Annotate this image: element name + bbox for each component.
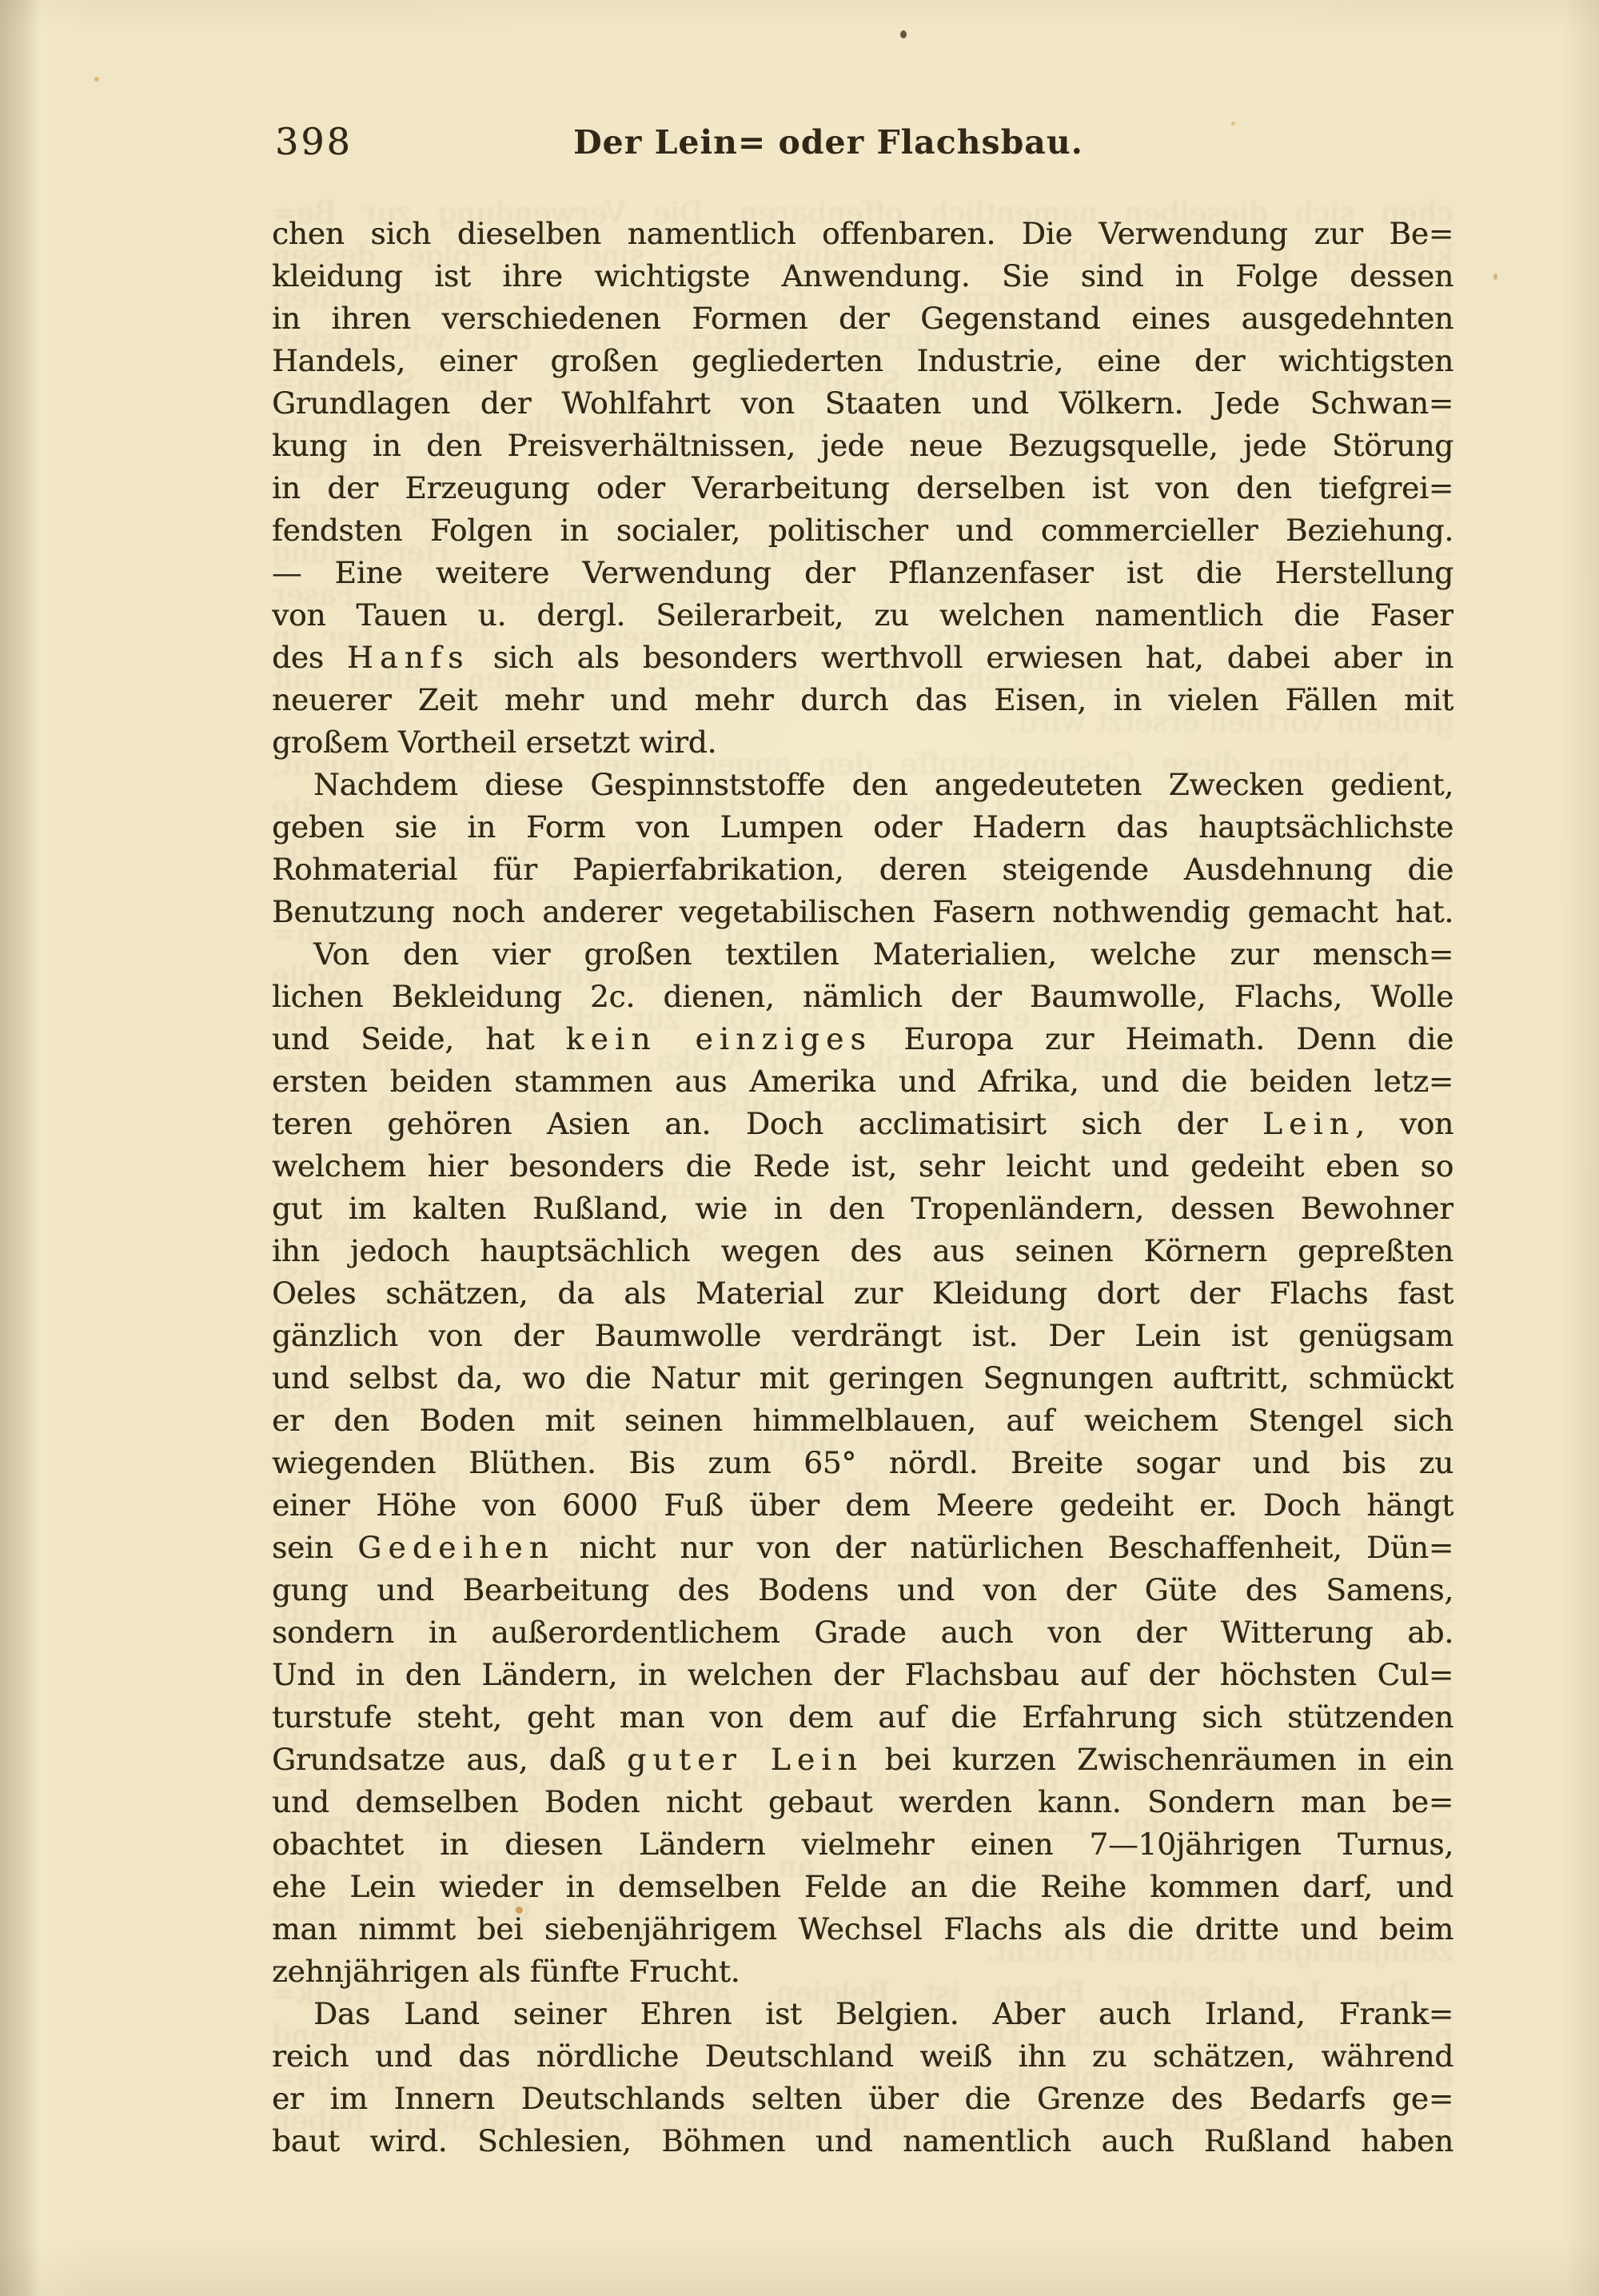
text-line: einer Höhe von 6000 Fuß über dem Meere g… (272, 1484, 1453, 1527)
text-line: ehe Lein wieder in demselben Felde an di… (272, 1866, 1453, 1908)
text-run: teren gehören Asien an. Doch acclimatisi… (272, 1106, 1262, 1141)
text-run: Und in den Ländern, in welchen der Flach… (272, 1657, 1453, 1692)
text-run: geben sie in Form von Lumpen oder Hadern… (272, 809, 1453, 845)
text-run: wiegenden Blüthen. Bis zum 65° nördl. Br… (272, 1445, 1453, 1480)
text-run: sich als besonders werthvoll erwiesen ha… (470, 640, 1453, 675)
spaced-emphasis-text: Lein (1262, 1106, 1355, 1141)
text-run: und demselben Boden nicht gebaut werden … (272, 1784, 1453, 1819)
text-line: ersten beiden stammen aus Amerika und Af… (272, 1060, 1453, 1103)
text-run: Europa zur Heimath. Denn die (872, 1021, 1453, 1056)
text-line: Handels, einer großen gegliederten Indus… (272, 340, 1453, 382)
text-run: des (272, 640, 347, 675)
text-line: großem Vortheil ersetzt wird. (272, 721, 1453, 764)
text-line: Grundsatze aus, daß guter Lein bei kurze… (272, 1739, 1453, 1781)
running-title: Der Lein= oder Flachsbau. (237, 123, 1419, 162)
text-run: einer Höhe von 6000 Fuß über dem Meere g… (272, 1487, 1453, 1523)
text-run: Grundlagen der Wohlfahrt von Staaten und… (272, 385, 1453, 421)
text-line: des Hanfs sich als besonders werthvoll e… (272, 637, 1453, 679)
paper-speck (900, 30, 907, 38)
text-line: Oeles schätzen, da als Material zur Klei… (272, 1272, 1453, 1315)
text-line: wiegenden Blüthen. Bis zum 65° nördl. Br… (272, 1442, 1453, 1484)
text-run: Handels, einer großen gegliederten Indus… (272, 343, 1453, 378)
text-line: turstufe steht, geht man von dem auf die… (272, 1696, 1453, 1739)
spaced-emphasis-text: Gedeihen (357, 1530, 555, 1565)
text-line: er den Boden mit seinen himmelblauen, au… (272, 1400, 1453, 1442)
text-run: kleidung ist ihre wichtigste Anwendung. … (272, 258, 1453, 293)
text-run: ersten beiden stammen aus Amerika und Af… (272, 1064, 1453, 1099)
text-run: ihn jedoch hauptsächlich wegen des aus s… (272, 1233, 1453, 1268)
text-run: gung und Bearbeitung des Bodens und von … (272, 1572, 1453, 1607)
text-run: Das Land seiner Ehren ist Belgien. Aber … (313, 1996, 1453, 2031)
text-line: baut wird. Schlesien, Böhmen und namentl… (272, 2120, 1453, 2162)
text-line: zehnjährigen als fünfte Frucht. (272, 1951, 1453, 1993)
text-line: Und in den Ländern, in welchen der Flach… (272, 1654, 1453, 1696)
text-line: obachtet in diesen Ländern vielmehr eine… (272, 1823, 1453, 1866)
text-line: lichen Bekleidung 2c. dienen, nämlich de… (272, 976, 1453, 1018)
text-run: Rohmaterial für Papierfabrikation, deren… (272, 852, 1453, 887)
text-run: — Eine weitere Verwendung der Pflanzenfa… (272, 555, 1453, 590)
text-line: gänzlich von der Baumwolle verdrängt ist… (272, 1315, 1453, 1357)
text-line: — Eine weitere Verwendung der Pflanzenfa… (272, 552, 1453, 594)
text-run: gänzlich von der Baumwolle verdrängt ist… (272, 1318, 1453, 1353)
text-run: nicht nur von der natürlichen Beschaffen… (555, 1530, 1453, 1565)
text-line: er im Innern Deutschlands selten über di… (272, 2078, 1453, 2120)
text-run: gut im kalten Rußland, wie in den Tropen… (272, 1191, 1453, 1226)
text-line: gut im kalten Rußland, wie in den Tropen… (272, 1188, 1453, 1230)
text-line: gung und Bearbeitung des Bodens und von … (272, 1569, 1453, 1611)
text-run: großem Vortheil ersetzt wird. (272, 725, 716, 760)
text-line: reich und das nördliche Deutschland weiß… (272, 2035, 1453, 2078)
text-line: Grundlagen der Wohlfahrt von Staaten und… (272, 382, 1453, 425)
text-line: chen sich dieselben namentlich offenbare… (272, 213, 1453, 255)
text-line: sein Gedeihen nicht nur von der natürlic… (272, 1527, 1453, 1569)
text-line: kleidung ist ihre wichtigste Anwendung. … (272, 255, 1453, 297)
text-line: und demselben Boden nicht gebaut werden … (272, 1781, 1453, 1823)
text-run: er den Boden mit seinen himmelblauen, au… (272, 1403, 1453, 1438)
text-run: fendsten Folgen in socialer, politischer… (272, 513, 1453, 548)
text-run: neuerer Zeit mehr und mehr durch das Eis… (272, 682, 1453, 717)
spaced-emphasis-text: Hanfs (347, 640, 470, 675)
text-run: reich und das nördliche Deutschland weiß… (272, 2038, 1453, 2074)
text-run: turstufe steht, geht man von dem auf die… (272, 1699, 1453, 1735)
text-line: Nachdem diese Gespinnststoffe den angede… (272, 764, 1453, 806)
text-run: lichen Bekleidung 2c. dienen, nämlich de… (272, 979, 1453, 1014)
text-run: chen sich dieselben namentlich offenbare… (272, 216, 1453, 251)
spaced-emphasis-text: guter Lein (627, 1742, 863, 1777)
text-line: in ihren verschiedenen Formen der Gegens… (272, 297, 1453, 340)
text-line: von Tauen u. dergl. Seilerarbeit, zu wel… (272, 594, 1453, 637)
text-line: und Seide, hat kein einziges Europa zur … (272, 1018, 1453, 1060)
text-run: bei kurzen Zwischenräumen in ein (863, 1742, 1453, 1777)
paper-speck (1493, 274, 1497, 280)
text-run: kung in den Preisverhältnissen, jede neu… (272, 428, 1453, 463)
text-run: Oeles schätzen, da als Material zur Klei… (272, 1276, 1453, 1311)
text-run: ehe Lein wieder in demselben Felde an di… (272, 1869, 1453, 1904)
text-run: und Seide, hat (272, 1021, 566, 1056)
book-page: chen sich dieselben namentlich offenbare… (0, 0, 1599, 2296)
text-line: neuerer Zeit mehr und mehr durch das Eis… (272, 679, 1453, 721)
text-run: in ihren verschiedenen Formen der Gegens… (272, 301, 1453, 336)
paper-speck (94, 77, 99, 82)
text-line: und selbst da, wo die Natur mit geringen… (272, 1357, 1453, 1400)
body-text: chen sich dieselben namentlich offenbare… (272, 213, 1453, 2162)
text-run: , von (1355, 1106, 1453, 1141)
text-run: Von den vier großen textilen Materialien… (313, 936, 1453, 972)
text-run: baut wird. Schlesien, Böhmen und namentl… (272, 2123, 1453, 2158)
text-run: welchem hier besonders die Rede ist, seh… (272, 1148, 1453, 1184)
text-line: Benutzung noch anderer vegetabilischen F… (272, 891, 1453, 933)
text-line: ihn jedoch hauptsächlich wegen des aus s… (272, 1230, 1453, 1272)
text-line: fendsten Folgen in socialer, politischer… (272, 509, 1453, 552)
text-run: in der Erzeugung oder Verarbeitung derse… (272, 470, 1453, 505)
text-run: sondern in außerordentlichem Grade auch … (272, 1615, 1453, 1650)
text-line: Das Land seiner Ehren ist Belgien. Aber … (272, 1993, 1453, 2035)
text-run: obachtet in diesen Ländern vielmehr eine… (272, 1827, 1453, 1862)
text-run: Nachdem diese Gespinnststoffe den angede… (313, 767, 1453, 802)
text-run: Benutzung noch anderer vegetabilischen F… (272, 894, 1453, 929)
text-line: kung in den Preisverhältnissen, jede neu… (272, 425, 1453, 467)
text-line: man nimmt bei siebenjährigem Wechsel Fla… (272, 1908, 1453, 1951)
text-line: geben sie in Form von Lumpen oder Hadern… (272, 806, 1453, 849)
page-header: 398 Der Lein= oder Flachsbau. (272, 120, 1453, 170)
text-run: und selbst da, wo die Natur mit geringen… (272, 1360, 1453, 1396)
text-run: Grundsatze aus, daß (272, 1742, 627, 1777)
text-line: sondern in außerordentlichem Grade auch … (272, 1611, 1453, 1654)
text-run: er im Innern Deutschlands selten über di… (272, 2081, 1453, 2116)
text-line: Rohmaterial für Papierfabrikation, deren… (272, 849, 1453, 891)
text-line: teren gehören Asien an. Doch acclimatisi… (272, 1103, 1453, 1145)
text-run: zehnjährigen als fünfte Frucht. (272, 1954, 740, 1989)
spaced-emphasis-text: kein einziges (566, 1021, 872, 1056)
text-run: von Tauen u. dergl. Seilerarbeit, zu wel… (272, 597, 1453, 633)
text-line: welchem hier besonders die Rede ist, seh… (272, 1145, 1453, 1188)
text-run: man nimmt bei siebenjährigem Wechsel Fla… (272, 1911, 1453, 1947)
text-run: sein (272, 1530, 357, 1565)
text-line: in der Erzeugung oder Verarbeitung derse… (272, 467, 1453, 509)
text-line: Von den vier großen textilen Materialien… (272, 933, 1453, 976)
